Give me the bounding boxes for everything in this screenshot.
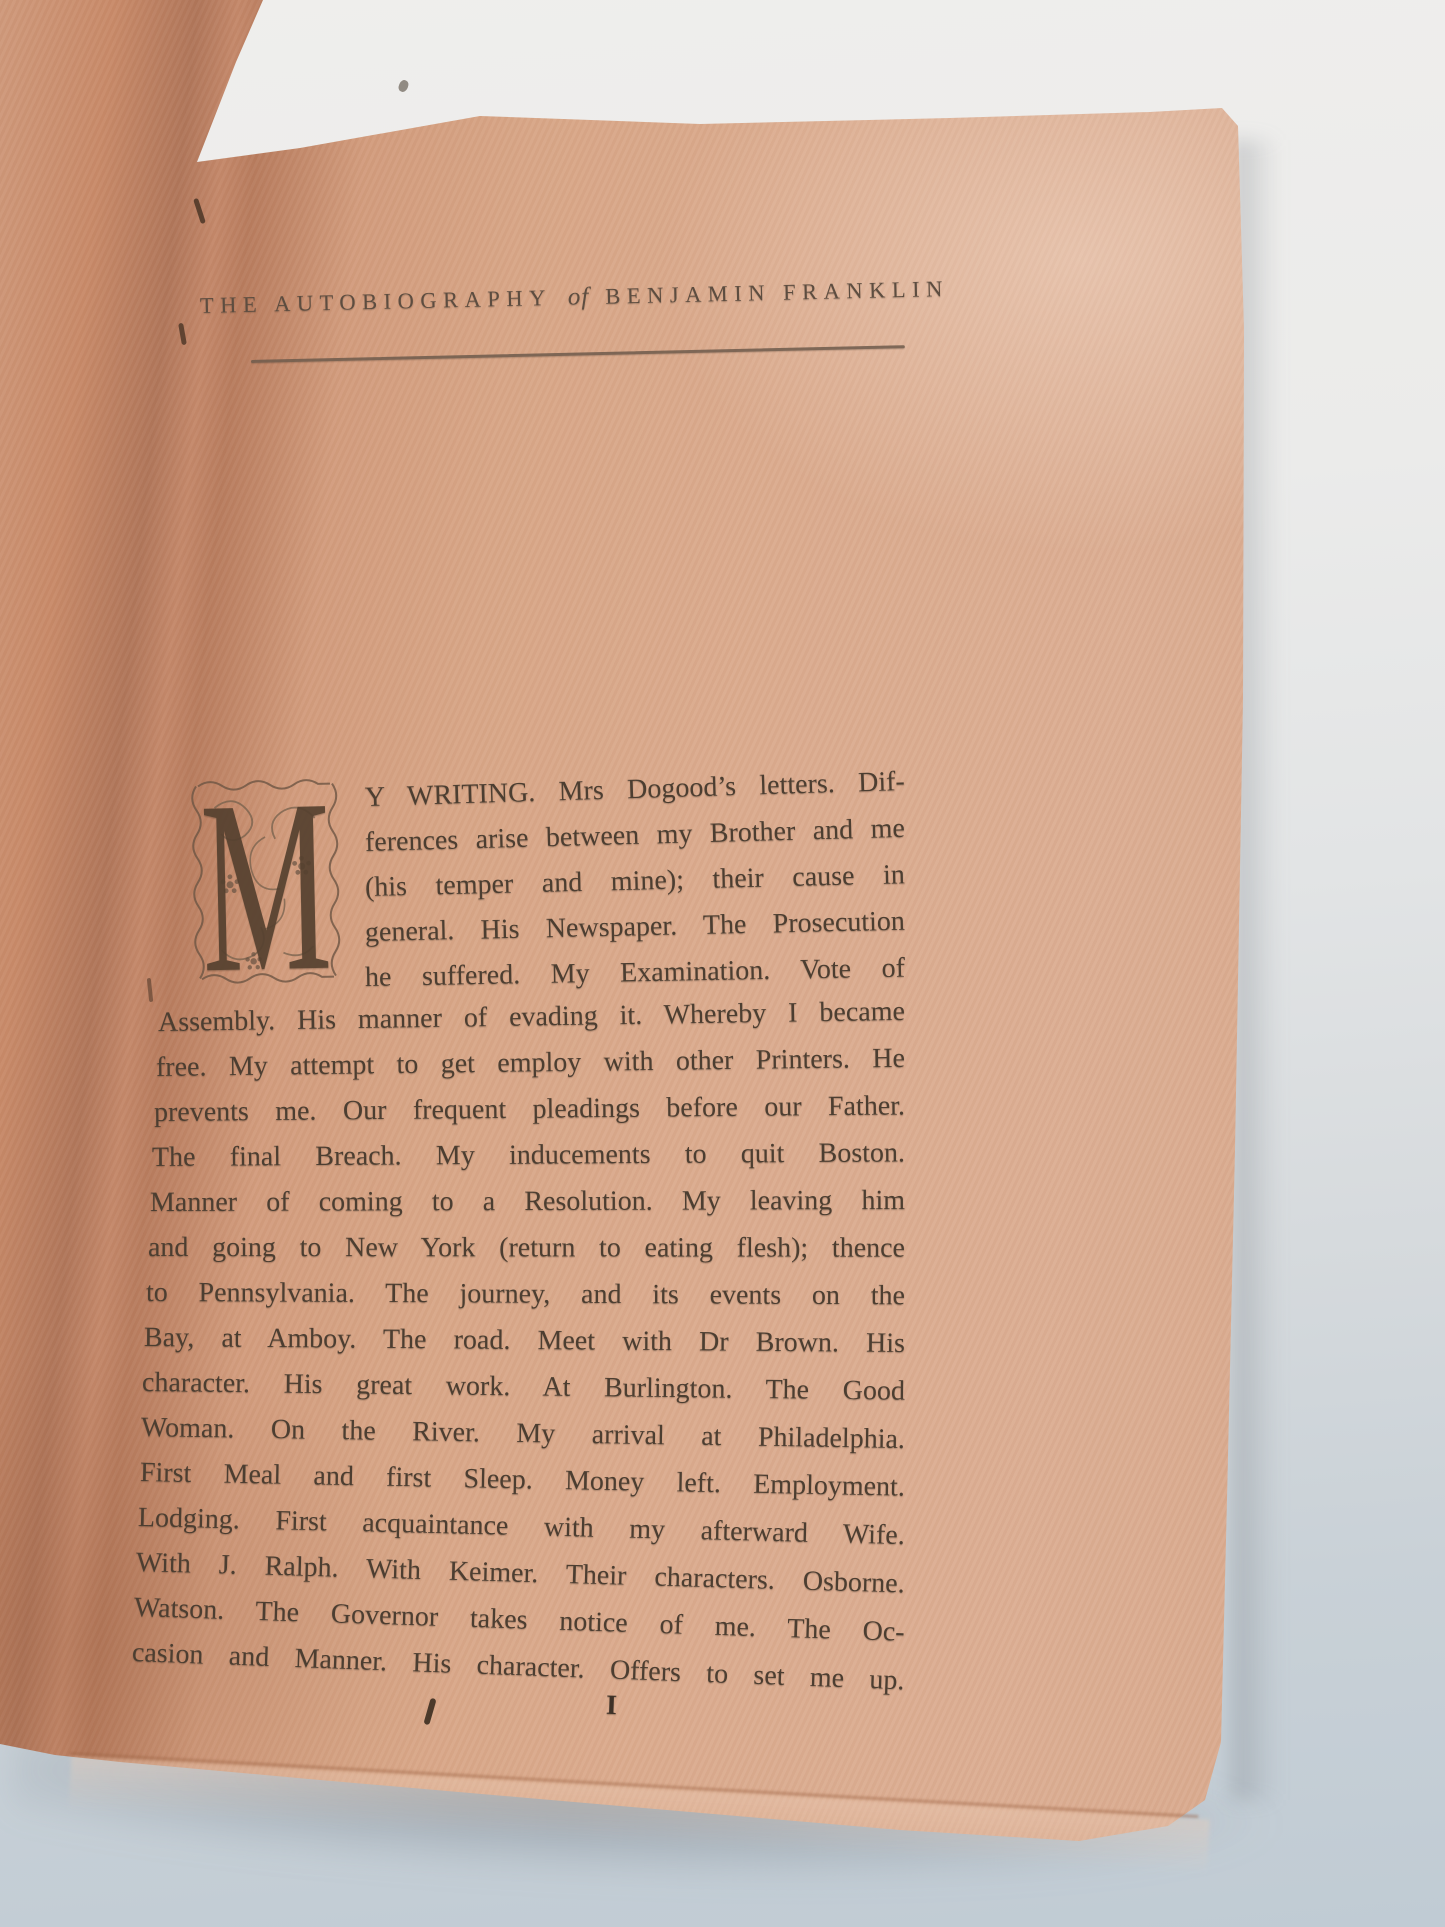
body-line: free. My attempt to get employ with othe… [156, 1036, 905, 1090]
body-text: M Y WRITING. Mrs Dogood’s letters. Dif- … [130, 775, 905, 1675]
running-head-of: of [568, 283, 590, 311]
body-line: and going to New York (return to eating … [148, 1225, 905, 1271]
body-line: Bay, at Amboy. The road. Meet with Dr Br… [144, 1315, 905, 1366]
drop-cap-letter: M [198, 777, 333, 985]
body-line: prevents me. Our frequent pleadings befo… [154, 1083, 905, 1135]
drop-cap-ornate-m: M [188, 777, 344, 985]
body-line: Manner of coming to a Resolution. My lea… [150, 1178, 905, 1225]
body-line: The final Breach. My inducements to quit… [152, 1130, 905, 1180]
body-line: to Pennsylvania. The journey, and its ev… [146, 1270, 905, 1318]
book-photo: THE AUTOBIOGRAPHY of BENJAMIN FRANKLIN [0, 0, 1445, 1927]
page-number: I [605, 1690, 617, 1722]
body-line: character. His great work. At Burlington… [142, 1360, 905, 1414]
dust-speck [397, 79, 410, 94]
